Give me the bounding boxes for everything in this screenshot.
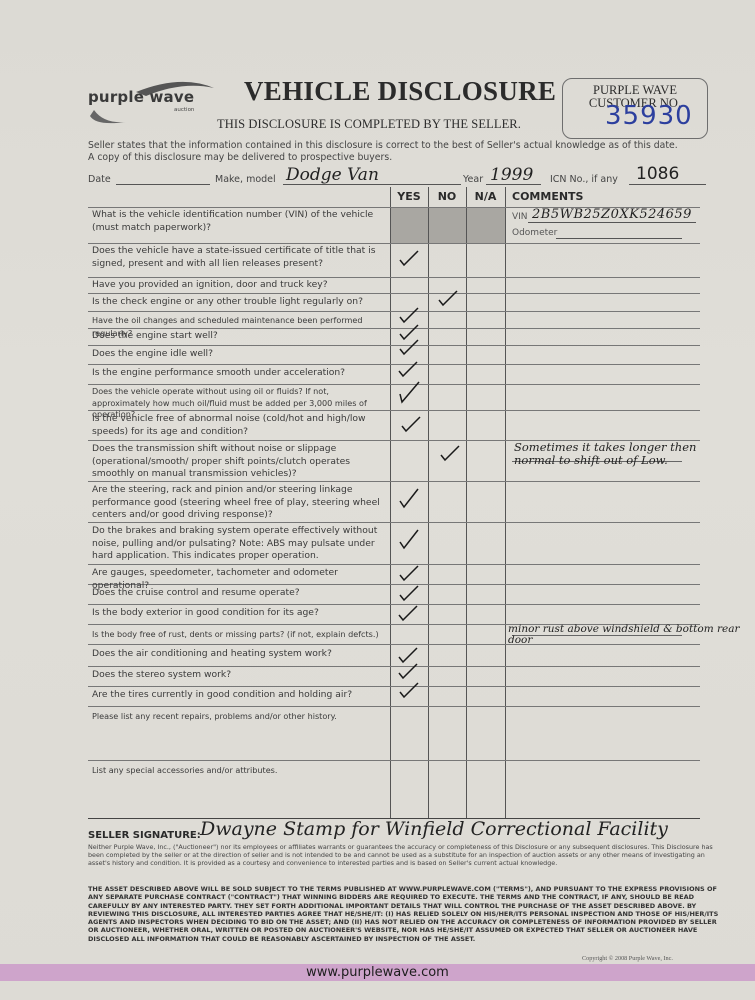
- comment-transmission[interactable]: Sometimes it takes longer then normal to…: [514, 441, 704, 467]
- vehicle-fields: Date Make, model Dodge Van Year 1999 ICN…: [88, 166, 728, 186]
- question-engine-performance: Is the engine performance smooth under a…: [92, 367, 388, 380]
- footer-band: www.purplewave.com: [0, 964, 755, 981]
- customer-box-line1: PURPLE WAVE: [563, 83, 707, 97]
- row-divider: [88, 564, 700, 565]
- row-divider: [88, 760, 700, 761]
- customer-number[interactable]: 35930: [605, 101, 693, 131]
- checkmark-icon[interactable]: [398, 306, 420, 324]
- row-divider: [88, 666, 700, 667]
- question-tires: Are the tires currently in good conditio…: [92, 689, 388, 702]
- checkmark-icon[interactable]: [398, 487, 420, 509]
- col-header-comments: COMMENTS: [512, 190, 583, 203]
- icn-value: 1086: [636, 164, 679, 184]
- icn-label: ICN No., if any: [550, 174, 618, 185]
- comment-rust[interactable]: minor rust above windshield & bottom rea…: [508, 624, 748, 646]
- row-divider: [88, 243, 700, 244]
- copyright: Copyright © 2008 Purple Wave, Inc.: [582, 955, 673, 962]
- vin-label: VIN: [512, 212, 528, 222]
- row-divider: [88, 293, 700, 294]
- checkmark-icon[interactable]: [398, 249, 420, 267]
- row-divider: [88, 311, 700, 312]
- seller-signature-label: SELLER SIGNATURE:: [88, 830, 201, 841]
- checkmark-icon[interactable]: [397, 604, 419, 622]
- checkmark-icon[interactable]: [437, 289, 459, 307]
- page-subtitle: THIS DISCLOSURE IS COMPLETED BY THE SELL…: [217, 117, 521, 132]
- row-divider: [88, 604, 700, 605]
- col-header-na: N/A: [466, 190, 505, 203]
- question-vin: What is the vehicle identification numbe…: [92, 209, 388, 234]
- question-accessories: List any special accessories and/or attr…: [92, 764, 388, 777]
- question-title: Does the vehicle have a state-issued cer…: [92, 245, 388, 270]
- row-divider: [88, 384, 700, 385]
- checkmark-icon[interactable]: [398, 338, 420, 356]
- purple-wave-logo: purple wave auction: [86, 78, 216, 128]
- row-divider: [88, 522, 700, 523]
- col-divider: [428, 187, 429, 818]
- col-header-no: NO: [428, 190, 466, 203]
- question-air-conditioning: Does the air conditioning and heating sy…: [92, 648, 388, 661]
- odometer-field[interactable]: [556, 238, 682, 239]
- seller-signature[interactable]: Dwayne Stamp for Winfield Correctional F…: [200, 818, 668, 840]
- question-stereo: Does the stereo system work?: [92, 669, 388, 682]
- col-divider: [390, 187, 391, 818]
- document-page: purple wave auction VEHICLE DISCLOSURE T…: [0, 0, 755, 1000]
- question-abnormal-noise: Is the vehicle free of abnormal noise (c…: [92, 413, 388, 438]
- checkmark-icon[interactable]: [400, 415, 422, 433]
- row-divider: [88, 686, 700, 687]
- logo-brand: purple wave: [88, 88, 194, 106]
- intro-line-1: Seller states that the information conta…: [88, 140, 728, 152]
- icn-field[interactable]: [629, 184, 706, 185]
- footer-url[interactable]: www.purplewave.com: [0, 964, 755, 981]
- row-divider: [88, 345, 700, 346]
- checkmark-icon[interactable]: [398, 564, 420, 582]
- make-model-value: Dodge Van: [286, 165, 379, 185]
- checkmark-icon[interactable]: [398, 380, 420, 404]
- row-divider: [88, 364, 700, 365]
- col-header-yes: YES: [390, 190, 428, 203]
- question-check-engine: Is the check engine or any other trouble…: [92, 296, 388, 309]
- col-divider: [505, 187, 506, 818]
- checkmark-icon[interactable]: [439, 444, 461, 462]
- question-transmission: Does the transmission shift without nois…: [92, 443, 388, 481]
- date-field[interactable]: [116, 184, 210, 185]
- logo-sub: auction: [174, 107, 194, 113]
- make-model-label: Make, model: [215, 174, 276, 185]
- checkmark-icon[interactable]: [398, 528, 420, 550]
- year-value: 1999: [490, 165, 533, 185]
- terms-text: THE ASSET DESCRIBED ABOVE WILL BE SOLD S…: [88, 885, 723, 943]
- row-divider: [88, 481, 700, 482]
- disclaimer-text: Neither Purple Wave, Inc., ("Auctioneer"…: [88, 843, 723, 868]
- question-keys: Have you provided an ignition, door and …: [92, 279, 388, 292]
- question-body-exterior: Is the body exterior in good condition f…: [92, 607, 388, 620]
- checkmark-icon[interactable]: [397, 360, 419, 378]
- row-divider: [88, 277, 700, 278]
- question-brakes: Do the brakes and braking system operate…: [92, 525, 388, 563]
- vin-field[interactable]: [528, 222, 696, 223]
- question-rust: Is the body free of rust, dents or missi…: [92, 628, 388, 641]
- row-divider: [88, 706, 700, 707]
- intro-statement: Seller states that the information conta…: [88, 140, 728, 164]
- disclosure-table: YES NO N/A COMMENTS VIN 2B5WB25Z0XK52465…: [88, 187, 700, 818]
- question-steering: Are the steering, rack and pinion and/or…: [92, 484, 388, 522]
- odometer-label: Odometer: [512, 228, 557, 238]
- checkmark-icon[interactable]: [398, 584, 420, 602]
- intro-line-2: A copy of this disclosure may be deliver…: [88, 152, 728, 164]
- page-title: VEHICLE DISCLOSURE: [244, 76, 556, 107]
- year-label: Year: [463, 174, 483, 185]
- question-cruise-control: Does the cruise control and resume opera…: [92, 587, 388, 600]
- date-label: Date: [88, 174, 111, 185]
- question-engine-start: Does the engine start well?: [92, 330, 388, 343]
- question-engine-idle: Does the engine idle well?: [92, 348, 388, 361]
- vin-shaded-cells: [390, 207, 505, 243]
- customer-number-box: PURPLE WAVE CUSTOMER NO. 35930: [562, 78, 708, 139]
- col-divider: [466, 187, 467, 818]
- checkmark-icon[interactable]: [398, 681, 420, 699]
- vin-value: 2B5WB25Z0XK524659: [532, 208, 692, 221]
- checkmark-icon[interactable]: [397, 662, 419, 680]
- question-repairs-history: Please list any recent repairs, problems…: [92, 710, 388, 723]
